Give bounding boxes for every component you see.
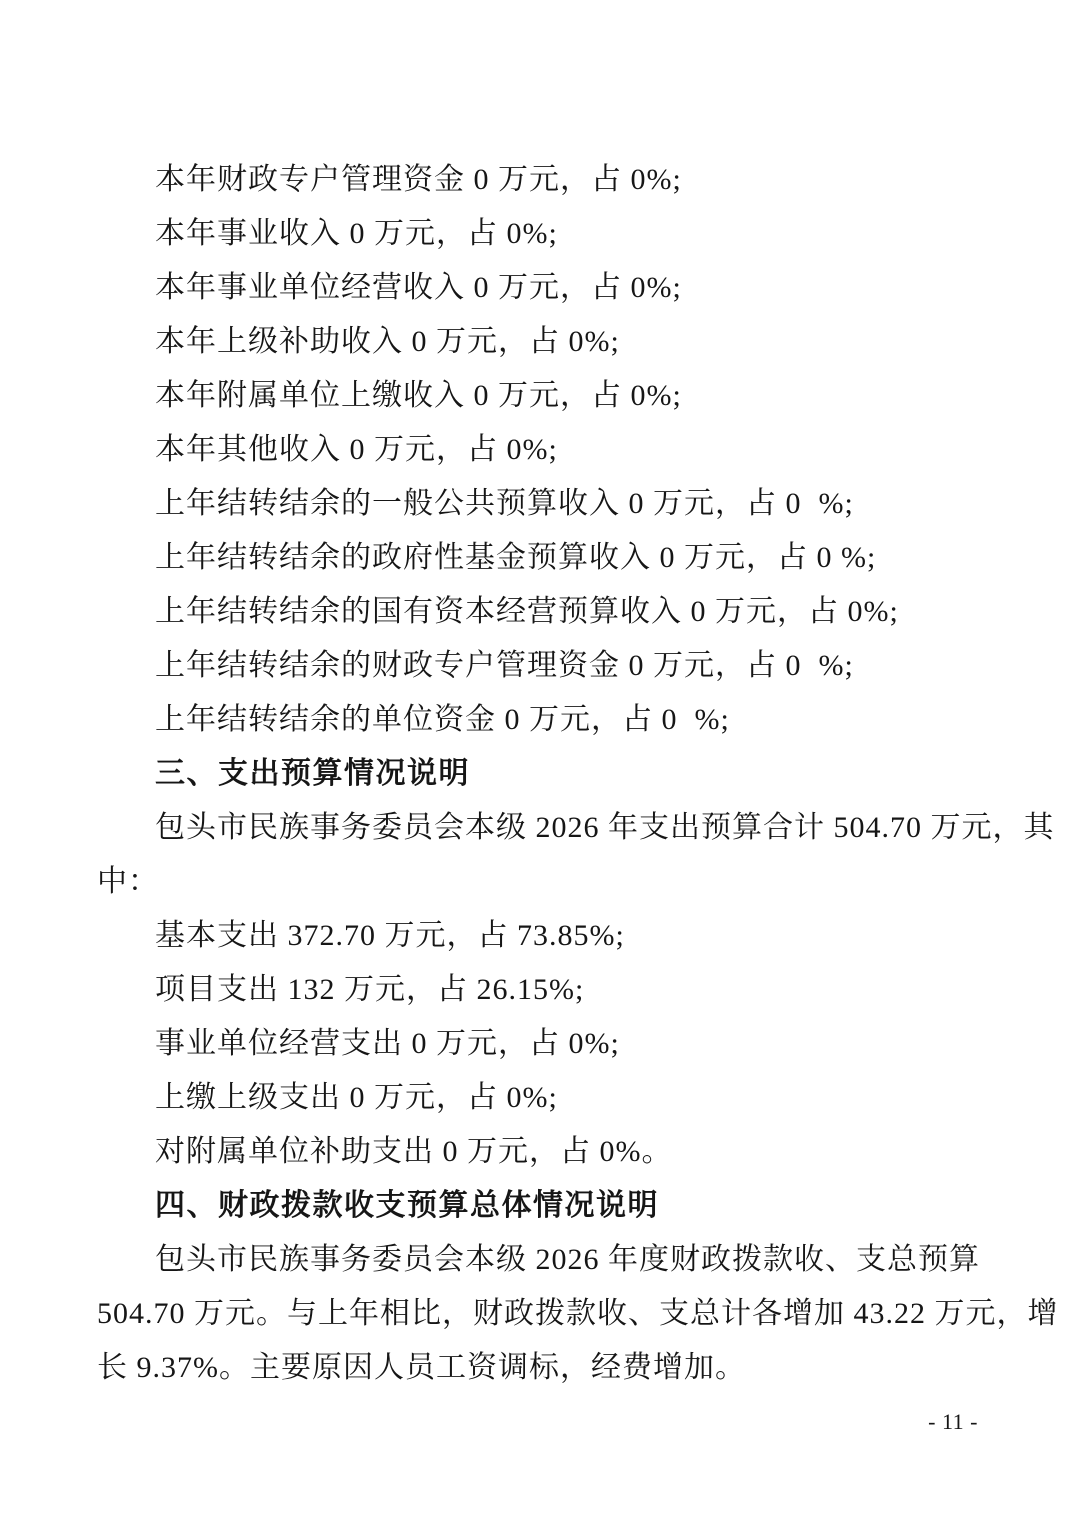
budget-line-payment-to-superior: 上缴上级支出 0 万元，占 0%; [97,1071,978,1125]
budget-line-other-income: 本年其他收入 0 万元，占 0%; [97,423,978,477]
section-heading-expenditure: 三、支出预算情况说明 [97,747,978,801]
budget-line-fiscal-account-funds: 本年财政专户管理资金 0 万元，占 0%; [97,153,978,207]
budget-line-subsidy-to-affiliated: 对附属单位补助支出 0 万元，占 0%。 [97,1125,978,1179]
paragraph-appropriation-line-3: 长 9.37%。主要原因人员工资调标，经费增加。 [97,1341,978,1395]
budget-line-superior-subsidy-income: 本年上级补助收入 0 万元，占 0%; [97,315,978,369]
paragraph-appropriation-line-2: 504.70 万元。与上年相比，财政拨款收、支总计各增加 43.22 万元，增 [97,1287,978,1341]
budget-line-basic-expenditure: 基本支出 372.70 万元，占 73.85%; [97,909,978,963]
budget-line-operating-expenditure: 事业单位经营支出 0 万元，占 0%; [97,1017,978,1071]
paragraph-expenditure-total-line-2: 中： [97,855,978,909]
budget-line-carryover-unit-funds: 上年结转结余的单位资金 0 万元，占 0 %; [97,693,978,747]
budget-line-carryover-state-capital: 上年结转结余的国有资本经营预算收入 0 万元，占 0%; [97,585,978,639]
paragraph-appropriation-line-1: 包头市民族事务委员会本级 2026 年度财政拨款收、支总预算 [97,1233,978,1287]
document-body: 本年财政专户管理资金 0 万元，占 0%; 本年事业收入 0 万元，占 0%; … [0,0,1075,1449]
budget-line-project-expenditure: 项目支出 132 万元，占 26.15%; [97,963,978,1017]
budget-line-institution-income: 本年事业收入 0 万元，占 0%; [97,207,978,261]
budget-line-affiliated-unit-income: 本年附属单位上缴收入 0 万元，占 0%; [97,369,978,423]
budget-line-carryover-govt-fund: 上年结转结余的政府性基金预算收入 0 万元，占 0 %; [97,531,978,585]
budget-line-carryover-fiscal-account: 上年结转结余的财政专户管理资金 0 万元，占 0 %; [97,639,978,693]
paragraph-expenditure-total-line-1: 包头市民族事务委员会本级 2026 年支出预算合计 504.70 万元，其 [97,801,978,855]
budget-line-institution-operating-income: 本年事业单位经营收入 0 万元，占 0%; [97,261,978,315]
budget-line-carryover-general-public: 上年结转结余的一般公共预算收入 0 万元，占 0 %; [97,477,978,531]
page-number: - 11 - [97,1395,978,1449]
document-page: 本年财政专户管理资金 0 万元，占 0%; 本年事业收入 0 万元，占 0%; … [0,0,1075,1520]
section-heading-fiscal-appropriation: 四、财政拨款收支预算总体情况说明 [97,1179,978,1233]
